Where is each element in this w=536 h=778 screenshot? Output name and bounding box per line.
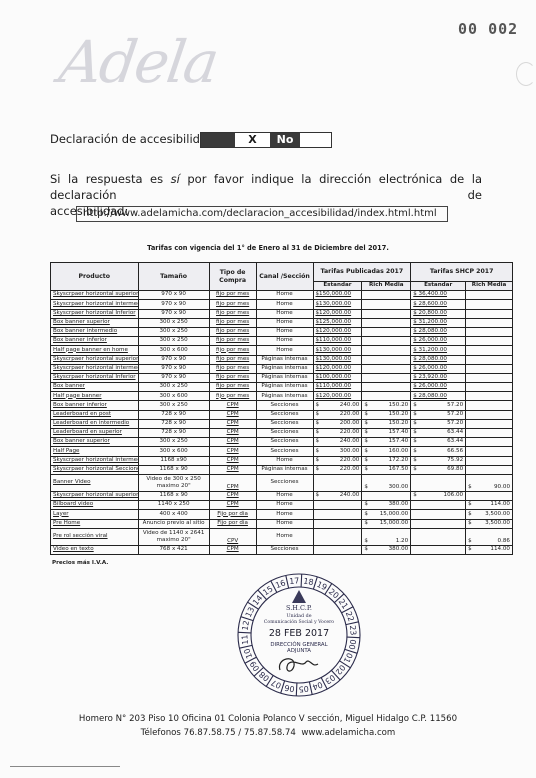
cell-pub-est: $220.00	[313, 465, 362, 474]
cell-shcp-rich	[466, 300, 513, 309]
cell-producto: Box banner superior	[51, 318, 139, 327]
cell-shcp-est: $ 28,080.00	[411, 327, 466, 336]
mark-cell: X	[235, 133, 270, 147]
currency-symbol: $	[364, 520, 368, 528]
cell-pub-est	[313, 474, 362, 491]
cell-shcp-est	[411, 510, 466, 519]
currency-symbol: $	[413, 457, 417, 465]
cell-shcp-rich	[466, 491, 513, 500]
cell-shcp-est: $ 28,080.00	[411, 392, 466, 401]
cell-producto: Skyscrpaer horizontal intermedio	[51, 456, 139, 465]
answer-cell: No	[270, 133, 300, 147]
currency-symbol: $	[413, 466, 417, 474]
cell-pub-rich: $15,000.00	[362, 519, 411, 528]
cell-shcp-rich: $0.86	[466, 528, 513, 545]
amount: 240.00	[340, 402, 360, 410]
prices-note: Precios más I.V.A.	[52, 560, 108, 566]
cell-pub-est: $240.00	[313, 401, 362, 410]
cell-tipo-compra: fijo por mes	[209, 346, 256, 355]
header-pub-rich-media: Rich Media	[362, 282, 411, 291]
cell-canal: Home	[256, 501, 313, 510]
cell-tipo-compra: CPM	[209, 447, 256, 456]
amount: 3,500.00	[485, 511, 510, 519]
table-row: Box banner superior300 x 250fijo por mes…	[51, 318, 513, 327]
cell-pub-est: $110,000.00	[313, 337, 362, 346]
amount: 220.00	[340, 457, 360, 465]
cell-shcp-est	[411, 528, 466, 545]
cell-tipo-compra: fijo por mes	[209, 373, 256, 382]
table-row: Leaderboard en superior728 x 90CPMSeccio…	[51, 429, 513, 438]
cell-shcp-rich	[466, 373, 513, 382]
currency-symbol: $	[364, 501, 368, 509]
cell-shcp-est: $ 26,000.00	[411, 337, 466, 346]
table-row: Pre rol sección viralVideo de 1140 x 264…	[51, 528, 513, 545]
svg-text:28 FEB 2017: 28 FEB 2017	[269, 628, 329, 639]
cell-shcp-est: $ 31,200.00	[411, 346, 466, 355]
cell-pub-est: $150,000.00	[313, 291, 362, 300]
amount: 75.92	[447, 457, 463, 465]
amount: 114.00	[490, 546, 510, 554]
amount: 69.80	[447, 466, 463, 474]
cell-shcp-rich	[466, 401, 513, 410]
cell-producto: Bilboard video	[51, 501, 139, 510]
svg-text:11: 11	[240, 634, 250, 645]
cell-tipo-compra: CPM	[209, 429, 256, 438]
cell-shcp-rich: $90.00	[466, 474, 513, 491]
amount: 240.00	[340, 438, 360, 446]
amount: 3,500.00	[485, 520, 510, 528]
table-row: Skyscrpaer horizontal intermedio970 x 90…	[51, 364, 513, 373]
cell-shcp-rich	[466, 392, 513, 401]
currency-symbol: $	[364, 484, 368, 491]
cell-shcp-est: $57.20	[411, 419, 466, 428]
cell-pub-est: $130,000.00	[313, 355, 362, 364]
cell-tamano: 300 x 250	[138, 318, 209, 327]
cell-tipo-compra: Fijo por dia	[209, 519, 256, 528]
cell-pub-rich: $160.00	[362, 447, 411, 456]
footer-contact: Télefonos 76.87.58.75 / 75.87.58.74 www.…	[0, 726, 536, 740]
cell-pub-rich: $300.00	[362, 474, 411, 491]
table-row: Half Page300 x 600CPMSecciones$300.00$16…	[51, 447, 513, 456]
cell-canal: Secciones	[256, 410, 313, 419]
cell-canal: Home	[256, 491, 313, 500]
cell-tipo-compra: CPM	[209, 465, 256, 474]
cell-shcp-est: $69.80	[411, 465, 466, 474]
amount: 0.86	[498, 538, 510, 545]
table-row: Leaderboard en intermedio728 x 90CPMSecc…	[51, 419, 513, 428]
amount: 167.50	[389, 466, 409, 474]
currency-symbol: $	[413, 411, 417, 419]
svg-text:Comunicación Social y Vocero: Comunicación Social y Vocero	[264, 618, 334, 625]
cell-shcp-rich	[466, 355, 513, 364]
table-row: Video en texto768 x 421CPMSecciones$380.…	[51, 545, 513, 554]
currency-symbol: $	[316, 448, 320, 456]
accessibility-declaration-label: Declaración de accesibilidad:	[50, 132, 218, 146]
currency-symbol: $	[364, 538, 368, 545]
amount: 63.44	[447, 429, 463, 437]
cell-producto: Box banner inferior	[51, 401, 139, 410]
svg-text:23: 23	[348, 625, 358, 636]
svg-text:06: 06	[284, 683, 296, 694]
cell-pub-rich	[362, 318, 411, 327]
currency-symbol: $	[364, 466, 368, 474]
cell-tamano: 970 x 90	[138, 373, 209, 382]
cell-producto: Half page banner	[51, 392, 139, 401]
currency-symbol: $	[316, 466, 320, 474]
header-tarifas-publicadas: Tarifas Publicadas 2017	[313, 263, 411, 282]
cell-shcp-rich	[466, 318, 513, 327]
cell-tipo-compra: CPM	[209, 419, 256, 428]
amount: 90.00	[494, 484, 510, 491]
amount: 1.20	[396, 538, 408, 545]
cell-canal: Páginas internas	[256, 355, 313, 364]
cell-tamano: 728 x 90	[138, 429, 209, 438]
currency-symbol: $	[364, 438, 368, 446]
currency-symbol: $	[364, 457, 368, 465]
cell-tipo-compra: fijo por mes	[209, 309, 256, 318]
cell-canal: Home	[256, 318, 313, 327]
cell-shcp-est: $63.44	[411, 429, 466, 438]
amount: 57.20	[447, 402, 463, 410]
cell-canal: Home	[256, 291, 313, 300]
cell-pub-est: $240.00	[313, 438, 362, 447]
accessibility-declaration-field: X No	[200, 132, 332, 148]
cell-pub-rich	[362, 309, 411, 318]
currency-symbol: $	[468, 501, 472, 509]
cell-canal: Secciones	[256, 438, 313, 447]
cell-pub-rich: $15,000.00	[362, 510, 411, 519]
cell-pub-est: $220.00	[313, 429, 362, 438]
cell-shcp-rich: $3,500.00	[466, 519, 513, 528]
cell-tipo-compra: fijo por mes	[209, 327, 256, 336]
svg-text:00: 00	[347, 639, 358, 651]
cell-tipo-compra: fijo por mes	[209, 355, 256, 364]
cell-tipo-compra: CPM	[209, 401, 256, 410]
cell-shcp-est: $66.56	[411, 447, 466, 456]
amount: 157.40	[389, 429, 409, 437]
cell-pub-rich	[362, 373, 411, 382]
cell-pub-est: $220.00	[313, 410, 362, 419]
table-row: Skyscrpaer horizontal Secciones1168 x 90…	[51, 465, 513, 474]
cell-producto: Layer	[51, 510, 139, 519]
cell-tipo-compra: fijo por mes	[209, 291, 256, 300]
currency-symbol: $	[468, 484, 472, 491]
adela-logo: Adela	[55, 28, 221, 96]
amount: 220.00	[340, 466, 360, 474]
para-text: Si la respuesta es	[50, 172, 171, 186]
cell-producto: Pre rol sección viral	[51, 528, 139, 545]
svg-text:S.H.C.P.: S.H.C.P.	[286, 604, 312, 612]
footer-phones: Télefonos 76.87.58.75 / 75.87.58.74	[141, 728, 296, 738]
svg-text:ADJUNTA: ADJUNTA	[287, 648, 311, 654]
amount: 220.00	[340, 411, 360, 419]
amount: 220.00	[340, 429, 360, 437]
cell-pub-rich	[362, 291, 411, 300]
cell-pub-rich: $150.20	[362, 410, 411, 419]
cell-tamano: 1168 x 90	[138, 465, 209, 474]
cell-pub-est: $200.00	[313, 419, 362, 428]
cell-shcp-rich: $114.00	[466, 545, 513, 554]
cell-producto: Skyscrpaer horizontal superior	[51, 291, 139, 300]
cell-shcp-rich	[466, 410, 513, 419]
cell-pub-rich: $150.20	[362, 401, 411, 410]
declaration-url-link[interactable]: http://www.adelamicha.com/declaracion_ac…	[83, 208, 437, 219]
header-canal: Canal /Sección	[256, 263, 313, 291]
cell-tamano: 768 x 421	[138, 545, 209, 554]
cell-tamano: 970 x 90	[138, 291, 209, 300]
table-row: Box banner superior300 x 250CPMSecciones…	[51, 438, 513, 447]
cell-tamano: 1140 x 250	[138, 501, 209, 510]
cell-canal: Secciones	[256, 474, 313, 491]
table-row: Box banner intermedio300 x 250fijo por m…	[51, 327, 513, 336]
currency-symbol: $	[468, 538, 472, 545]
amount: 15,000.00	[380, 511, 408, 519]
cell-canal: Home	[256, 300, 313, 309]
currency-symbol: $	[364, 411, 368, 419]
cell-tamano: 970 x 90	[138, 300, 209, 309]
header-tamano: Tamaño	[138, 263, 209, 291]
amount: 300.00	[389, 484, 409, 491]
cell-shcp-rich	[466, 291, 513, 300]
cell-pub-est: $110,000.00	[313, 383, 362, 392]
amount: 380.00	[389, 501, 409, 509]
currency-symbol: $	[413, 420, 417, 428]
cell-pub-rich	[362, 392, 411, 401]
cell-tamano: 300 x 250	[138, 327, 209, 336]
currency-symbol: $	[468, 546, 472, 554]
amount: 57.20	[447, 420, 463, 428]
cell-shcp-rich	[466, 383, 513, 392]
cell-tamano: 300 x 600	[138, 447, 209, 456]
cell-pub-rich	[362, 491, 411, 500]
cell-pub-est	[313, 510, 362, 519]
cell-pub-rich: $380.00	[362, 545, 411, 554]
cell-producto: Box banner inferior	[51, 337, 139, 346]
cell-tamano: 300 x 250	[138, 438, 209, 447]
table-row: Pre HomeAnuncio previo al sitioFijo por …	[51, 519, 513, 528]
cell-shcp-est: $ 36,400.00	[411, 291, 466, 300]
cell-tamano: 970 x 90	[138, 309, 209, 318]
cell-producto: Skyscrpaer horizontal intermedio	[51, 300, 139, 309]
currency-symbol: $	[364, 448, 368, 456]
cell-tipo-compra: CPM	[209, 501, 256, 510]
amount: 157.40	[389, 438, 409, 446]
cell-pub-est	[313, 528, 362, 545]
cell-shcp-rich	[466, 309, 513, 318]
cell-pub-est: $130,000.00	[313, 346, 362, 355]
table-row: Half page banner en home300 x 600fijo po…	[51, 346, 513, 355]
currency-symbol: $	[316, 402, 320, 410]
amount: 114.00	[490, 501, 510, 509]
cell-tipo-compra: CPV	[209, 528, 256, 545]
cell-pub-rich: $157.40	[362, 429, 411, 438]
stamp-emblem-icon	[292, 590, 306, 603]
cell-producto: Skyscrpaer horizontal Secciones	[51, 465, 139, 474]
cell-tipo-compra: CPM	[209, 545, 256, 554]
cell-shcp-est: $ 23,920.00	[411, 373, 466, 382]
cell-canal: Secciones	[256, 429, 313, 438]
cell-tipo-compra: CPM	[209, 438, 256, 447]
cell-tipo-compra: fijo por mes	[209, 364, 256, 373]
amount: 106.00	[444, 492, 464, 500]
table-row: Banner VideoVideo de 300 x 250 maximo 20…	[51, 474, 513, 491]
table-row: Layer400 x 400Fijo por diaHome$15,000.00…	[51, 510, 513, 519]
cell-shcp-rich: $114.00	[466, 501, 513, 510]
cell-canal: Páginas internas	[256, 392, 313, 401]
empty-cell	[300, 133, 331, 147]
svg-text:22: 22	[344, 610, 356, 623]
cell-producto: Pre Home	[51, 519, 139, 528]
table-row: Box banner300 x 250fijo por mesPáginas i…	[51, 383, 513, 392]
cell-canal: Home	[256, 519, 313, 528]
cell-canal: Páginas internas	[256, 364, 313, 373]
cell-shcp-est: $ 26,000.00	[411, 383, 466, 392]
cell-shcp-est: $57.20	[411, 410, 466, 419]
cell-shcp-est	[411, 519, 466, 528]
cell-tipo-compra: fijo por mes	[209, 300, 256, 309]
header-tarifas-shcp: Tarifas SHCP 2017	[411, 263, 513, 282]
amount: 150.20	[389, 402, 409, 410]
table-row: Skyscrpaer horizontal superior1168 x 90C…	[51, 491, 513, 500]
currency-symbol: $	[468, 520, 472, 528]
cell-pub-rich: $172.20	[362, 456, 411, 465]
cell-shcp-est: $57.20	[411, 401, 466, 410]
cell-canal: Secciones	[256, 401, 313, 410]
cell-canal: Páginas internas	[256, 465, 313, 474]
cell-tipo-compra: CPM	[209, 491, 256, 500]
amount: 150.20	[389, 420, 409, 428]
cell-canal: Secciones	[256, 447, 313, 456]
footer-website-link[interactable]: www.adelamicha.com	[301, 728, 395, 738]
currency-symbol: $	[316, 438, 320, 446]
cell-pub-rich	[362, 355, 411, 364]
table-row: Leaderboard en post728 x 90CPMSecciones$…	[51, 410, 513, 419]
cell-producto: Half page banner en home	[51, 346, 139, 355]
currency-symbol: $	[316, 457, 320, 465]
header-tipo-compra: Tipo de Compra	[209, 263, 256, 291]
cell-producto: Video en texto	[51, 545, 139, 554]
currency-symbol: $	[316, 420, 320, 428]
cell-pub-rich: $150.20	[362, 419, 411, 428]
svg-text:12: 12	[240, 620, 251, 632]
cell-pub-rich: $1.20	[362, 528, 411, 545]
cell-producto: Half Page	[51, 447, 139, 456]
currency-symbol: $	[364, 402, 368, 410]
currency-symbol: $	[413, 429, 417, 437]
cell-shcp-est: $ 26,000.00	[411, 364, 466, 373]
cell-tamano: 300 x 600	[138, 392, 209, 401]
cell-pub-est: $120,000.00	[313, 309, 362, 318]
cell-producto: Skyscrpaer horizontal Inferior	[51, 309, 139, 318]
cell-tamano: 728 x 90	[138, 410, 209, 419]
cell-shcp-rich	[466, 429, 513, 438]
cell-shcp-rich	[466, 337, 513, 346]
cell-tipo-compra: CPM	[209, 456, 256, 465]
cell-pub-rich: $167.50	[362, 465, 411, 474]
para-emphasis: sí	[171, 172, 180, 186]
cell-pub-est: $120,000.00	[313, 364, 362, 373]
cell-producto: Skyscrpaer horizontal superior	[51, 491, 139, 500]
cell-tipo-compra: fijo por mes	[209, 337, 256, 346]
cell-shcp-rich	[466, 465, 513, 474]
cell-canal: Home	[256, 346, 313, 355]
cell-shcp-est	[411, 501, 466, 510]
table-row: Skyscrpaer horizontal superior970 x 90fi…	[51, 291, 513, 300]
table-row: Box banner inferior300 x 250fijo por mes…	[51, 337, 513, 346]
table-row: Skyscrpaer horizontal Inferior970 x 90fi…	[51, 373, 513, 382]
cell-canal: Home	[256, 327, 313, 336]
cell-shcp-rich	[466, 327, 513, 336]
table-row: Skyscrpaer horizontal superior970 x 90fi…	[51, 355, 513, 364]
amount: 160.00	[389, 448, 409, 456]
amount: 240.00	[340, 492, 360, 500]
cell-tipo-compra: CPM	[209, 474, 256, 491]
rates-table: Producto Tamaño Tipo de Compra Canal /Se…	[50, 262, 513, 555]
cell-shcp-est: $ 31,200.00	[411, 318, 466, 327]
amount: 63.44	[447, 438, 463, 446]
declaration-url-box: http://www.adelamicha.com/declaracion_ac…	[76, 206, 448, 222]
svg-text:04: 04	[311, 680, 324, 692]
cell-producto: Leaderboard en intermedio	[51, 419, 139, 428]
cell-pub-est	[313, 519, 362, 528]
cell-shcp-est: $106.00	[411, 491, 466, 500]
rates-table-body: Skyscrpaer horizontal superior970 x 90fi…	[51, 291, 513, 555]
currency-symbol: $	[364, 546, 368, 554]
cell-producto: Box banner	[51, 383, 139, 392]
cell-canal: Home	[256, 528, 313, 545]
cell-producto: Skyscrpaer horizontal intermedio	[51, 364, 139, 373]
cell-shcp-est	[411, 545, 466, 554]
amount: 380.00	[389, 546, 409, 554]
cell-tipo-compra: CPM	[209, 410, 256, 419]
cell-pub-est: $130,000.00	[313, 300, 362, 309]
cell-shcp-est: $75.92	[411, 456, 466, 465]
amount: 15,000.00	[380, 520, 408, 528]
cell-producto: Box banner intermedio	[51, 327, 139, 336]
header-shcp-rich-media: Rich Media	[466, 282, 513, 291]
cell-tamano: Anuncio previo al sitio	[138, 519, 209, 528]
table-row: Skyscrpaer horizontal Inferior970 x 90fi…	[51, 309, 513, 318]
svg-text:18: 18	[303, 576, 315, 587]
cell-tamano: 300 x 250	[138, 337, 209, 346]
currency-symbol: $	[413, 492, 417, 500]
amount: 66.56	[447, 448, 463, 456]
cell-canal: Home	[256, 337, 313, 346]
rates-table-title: Tarifas con vigencia del 1° de Enero al …	[0, 244, 536, 252]
cell-canal: Páginas internas	[256, 383, 313, 392]
cell-pub-est	[313, 501, 362, 510]
amount: 172.20	[389, 457, 409, 465]
cell-tamano: 300 x 250	[138, 401, 209, 410]
cell-pub-rich	[362, 337, 411, 346]
cell-pub-rich: $380.00	[362, 501, 411, 510]
cell-shcp-rich	[466, 346, 513, 355]
cell-pub-rich	[362, 364, 411, 373]
cell-tamano: 300 x 600	[138, 346, 209, 355]
cell-tipo-compra: fijo por mes	[209, 383, 256, 392]
cell-pub-est: $220.00	[313, 456, 362, 465]
cell-pub-rich	[362, 346, 411, 355]
cell-pub-est: $120,000.00	[313, 327, 362, 336]
cell-shcp-rich	[466, 456, 513, 465]
cell-shcp-est: $ 28,080.00	[411, 355, 466, 364]
svg-text:DIRECCIÓN GENERAL: DIRECCIÓN GENERAL	[270, 641, 327, 648]
cell-tamano: 970 x 90	[138, 364, 209, 373]
cell-tamano: 300 x 250	[138, 383, 209, 392]
cell-producto: Box banner superior	[51, 438, 139, 447]
header-pub-estandar: Estandar	[313, 282, 362, 291]
cell-tipo-compra: fijo por mes	[209, 392, 256, 401]
